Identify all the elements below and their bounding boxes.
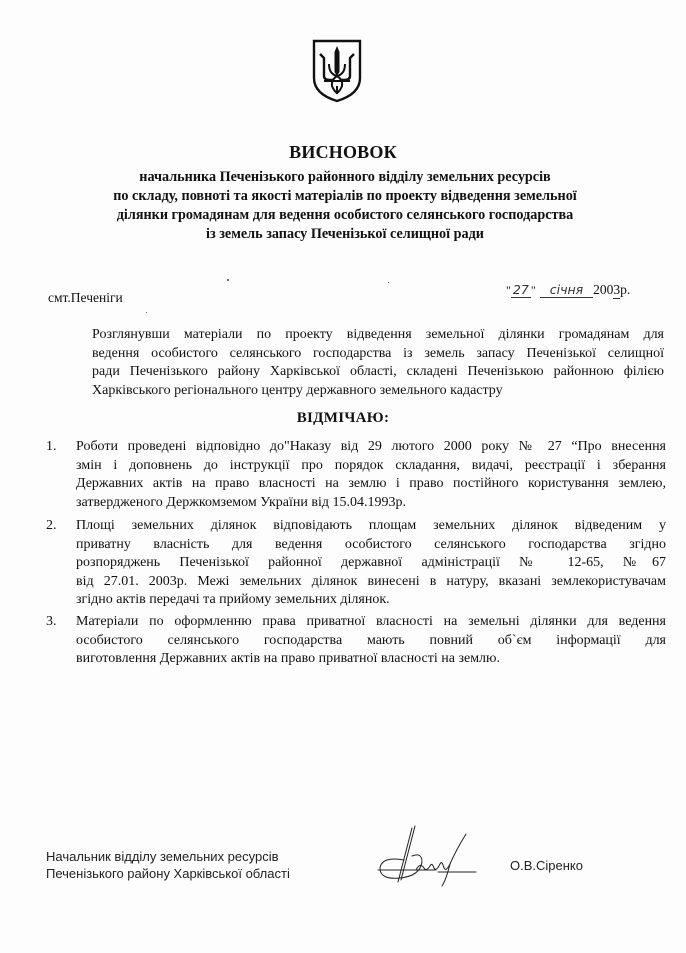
item-line: розпоряджень Печенізької районної держав…: [76, 554, 666, 573]
date-year-last-digit: 3: [613, 282, 620, 299]
subtitle-line: із земель запасу Печенізької селищної ра…: [100, 225, 590, 244]
item-line: особистого селянського господарства мают…: [76, 632, 666, 651]
intro-line: ведення особистого селянського господарс…: [92, 345, 664, 364]
date-day: 27: [511, 282, 531, 298]
intro-line: Харківського регіонального центру держав…: [92, 382, 664, 401]
item-line: Державних актів на право власності на зе…: [76, 475, 666, 494]
date-suffix: р.: [620, 282, 630, 298]
date-year-prefix: 200: [593, 282, 613, 298]
item-line: приватну власність для ведення особистог…: [76, 536, 666, 555]
item-line: затвердженого Держкомземом України від 1…: [76, 494, 666, 513]
item-body: Роботи проведені відповідно до"Наказу ві…: [76, 438, 666, 512]
signer-name: О.В.Сіренко: [510, 858, 583, 873]
item-body: Площі земельних ділянок відповідають пло…: [76, 517, 666, 610]
document-subtitle: начальника Печенізького районного відділ…: [100, 168, 590, 244]
subtitle-line: по складу, повноті та якості матеріалів …: [100, 187, 590, 206]
section-heading: ВІДМІЧАЮ:: [0, 410, 686, 427]
item-body: Матеріали по оформленню права приватної …: [76, 613, 666, 669]
intro-paragraph: Розглянувши матеріали по проекту відведе…: [92, 326, 664, 400]
item-number: 2.: [46, 517, 74, 536]
place-of-issue: смт.Печеніги: [48, 290, 123, 306]
item-number: 3.: [46, 613, 74, 632]
signer-position-line: Начальник відділу земельних ресурсів: [46, 848, 290, 865]
item-line: згідно актів передачі та прийому земельн…: [76, 591, 666, 610]
date-close-quote: ": [531, 283, 536, 298]
item-line: змін і доповнень до інструкції про поряд…: [76, 457, 666, 476]
item-number: 1.: [46, 438, 74, 457]
signer-position: Начальник відділу земельних ресурсів Печ…: [46, 848, 290, 882]
item-line: Матеріали по оформленню права приватної …: [76, 613, 666, 632]
handwritten-signature-icon: [376, 820, 496, 890]
document-title: ВИСНОВОК: [0, 142, 686, 163]
item-line: виготовлення Державних актів на право пр…: [76, 650, 666, 669]
subtitle-line: начальника Печенізького районного відділ…: [100, 168, 590, 187]
document-page: ВИСНОВОК начальника Печенізького районно…: [0, 0, 686, 953]
item-line: Роботи проведені відповідно до"Наказу ві…: [76, 438, 666, 457]
date-month: січня: [540, 282, 593, 298]
item-line: Площі земельних ділянок відповідають пло…: [76, 517, 666, 536]
trident-coat-of-arms-icon: [310, 38, 364, 104]
intro-line: Розглянувши матеріали по проекту відведе…: [92, 326, 664, 345]
document-date: " 27 " січня 200 3 р.: [506, 282, 630, 299]
item-line: від 27.01. 2003р. Межі земельних ділянок…: [76, 573, 666, 592]
intro-line: ради Печенізького району Харківської обл…: [92, 363, 664, 382]
signer-position-line: Печенізького району Харківської області: [46, 865, 290, 882]
subtitle-line: ділянки громадянам для ведення особистог…: [100, 206, 590, 225]
